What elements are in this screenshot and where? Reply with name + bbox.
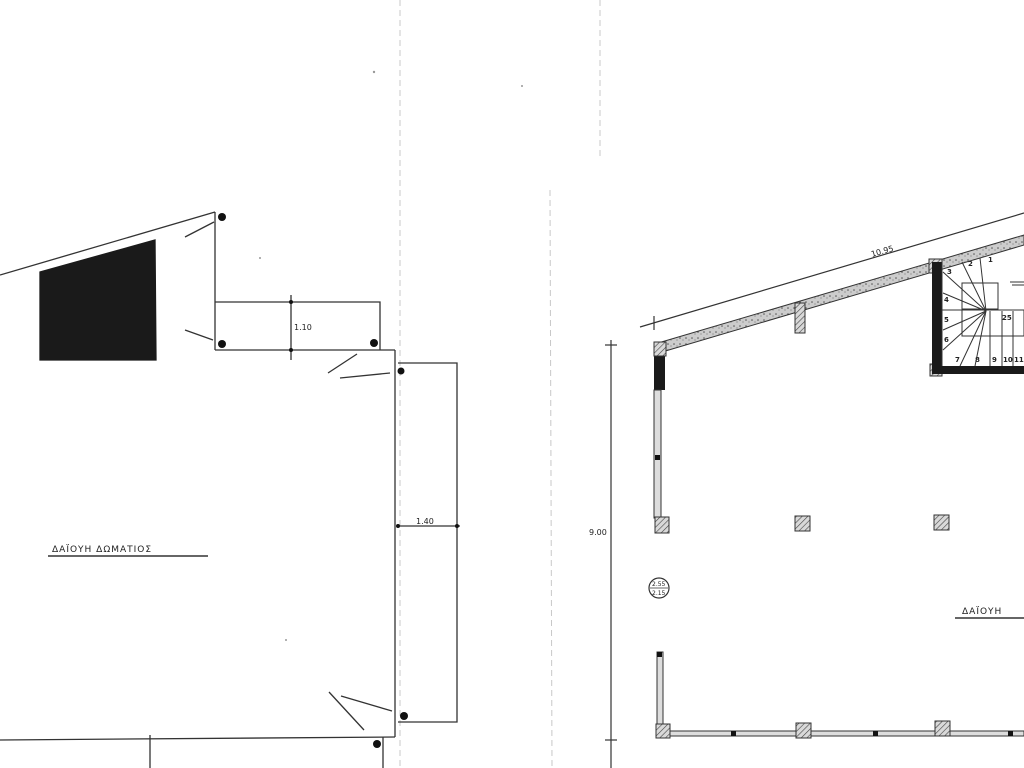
svg-text:11: 11 <box>1014 356 1024 364</box>
fold-lines <box>400 0 600 768</box>
svg-text:25: 25 <box>1002 314 1012 322</box>
svg-text:4: 4 <box>944 296 949 304</box>
dimension-label-1-40: 1.40 <box>416 517 434 526</box>
left-plan <box>0 212 460 768</box>
svg-text:2.55: 2.55 <box>652 581 666 588</box>
svg-text:1: 1 <box>988 256 993 264</box>
svg-text:3: 3 <box>947 268 952 276</box>
room-label-left: ΔΑΪΟΥΗ ΔΩΜΑΤΙΟΣ <box>52 544 152 555</box>
svg-text:2: 2 <box>968 260 973 268</box>
left-plan-dots <box>218 213 459 748</box>
svg-text:8: 8 <box>975 356 980 364</box>
dimension-label-1-10: 1.10 <box>294 323 312 332</box>
sloped-wall <box>658 235 1024 352</box>
level-marker: 2.55 2.15 <box>649 578 669 598</box>
room-label-right: ΔΑΪΟΥΗ <box>962 606 1002 617</box>
right-plan <box>605 213 1024 768</box>
svg-text:7: 7 <box>955 356 960 364</box>
svg-text:5: 5 <box>944 316 949 324</box>
svg-text:2.15: 2.15 <box>652 590 666 597</box>
floor-plan-drawing: 1.10 1.40 ΔΑΪΟΥΗ ΔΩΜΑΤΙΟΣ <box>0 0 1024 768</box>
dimension-label-9-00: 9.00 <box>589 528 607 537</box>
dimension-label-10-95: 10.95 <box>870 244 894 259</box>
svg-text:6: 6 <box>944 336 949 344</box>
wall-left-lower <box>657 652 663 732</box>
wall-bottom <box>665 731 1024 736</box>
svg-text:10: 10 <box>1003 356 1013 364</box>
svg-text:9: 9 <box>992 356 997 364</box>
